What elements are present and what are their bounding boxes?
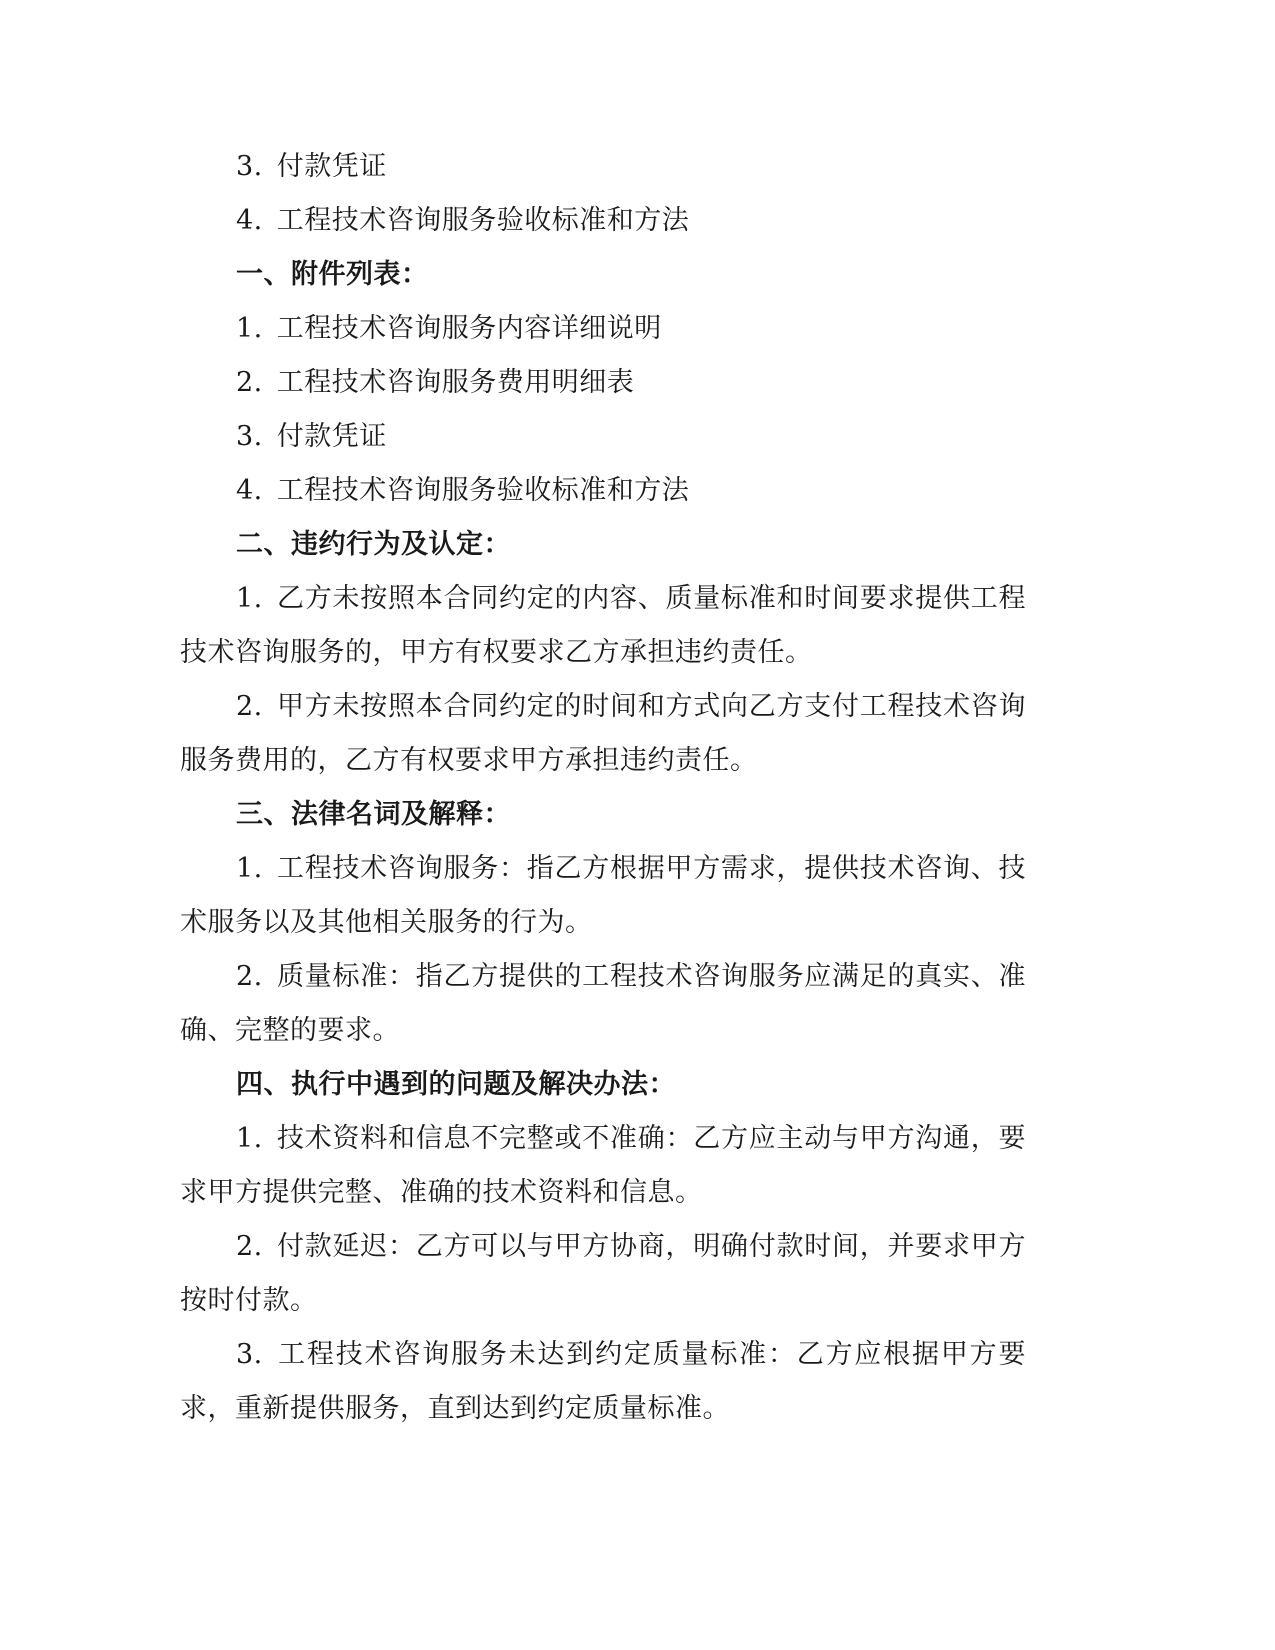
list-item: 1.工程技术咨询服务内容详细说明 (180, 302, 1026, 356)
paragraph: 1.工程技术咨询服务：指乙方根据甲方需求，提供技术咨询、技术服务以及其他相关服务… (180, 842, 1026, 950)
paragraph-number: 2. (236, 691, 263, 722)
list-text: 工程技术咨询服务内容详细说明 (277, 313, 662, 344)
list-number: 1. (236, 313, 263, 344)
list-text: 付款凭证 (277, 421, 387, 452)
section-heading: 一、附件列表： (180, 248, 1026, 302)
list-number: 4. (236, 205, 263, 236)
list-text: 工程技术咨询服务费用明细表 (277, 367, 635, 398)
section-heading: 三、法律名词及解释： (180, 788, 1026, 842)
list-text: 工程技术咨询服务验收标准和方法 (277, 475, 690, 506)
paragraph-text: 付款延迟：乙方可以与甲方协商，明确付款时间，并要求甲方按时付款。 (180, 1231, 1026, 1316)
paragraph-text: 工程技术咨询服务未达到约定质量标准：乙方应根据甲方要求，重新提供服务，直到达到约… (180, 1339, 1026, 1424)
paragraph-number: 2. (236, 1231, 263, 1262)
paragraph-number: 2. (236, 961, 263, 992)
list-number: 4. (236, 475, 263, 506)
list-number: 3. (236, 151, 263, 182)
list-item: 4.工程技术咨询服务验收标准和方法 (180, 194, 1026, 248)
paragraph-number: 3. (236, 1339, 263, 1370)
list-number: 2. (236, 367, 263, 398)
document-page: 3.付款凭证 4.工程技术咨询服务验收标准和方法 一、附件列表： 1.工程技术咨… (180, 140, 1026, 1436)
paragraph-text: 质量标准：指乙方提供的工程技术咨询服务应满足的真实、准确、完整的要求。 (180, 961, 1026, 1046)
paragraph: 2.甲方未按照本合同约定的时间和方式向乙方支付工程技术咨询服务费用的，乙方有权要… (180, 680, 1026, 788)
paragraph-number: 1. (236, 1123, 263, 1154)
paragraph-text: 工程技术咨询服务：指乙方根据甲方需求，提供技术咨询、技术服务以及其他相关服务的行… (180, 853, 1026, 938)
list-number: 3. (236, 421, 263, 452)
section-heading: 二、违约行为及认定： (180, 518, 1026, 572)
paragraph-text: 乙方未按照本合同约定的内容、质量标准和时间要求提供工程技术咨询服务的，甲方有权要… (180, 583, 1026, 668)
list-item: 4.工程技术咨询服务验收标准和方法 (180, 464, 1026, 518)
list-item: 3.付款凭证 (180, 410, 1026, 464)
paragraph-number: 1. (236, 583, 263, 614)
list-item: 3.付款凭证 (180, 140, 1026, 194)
paragraph: 3.工程技术咨询服务未达到约定质量标准：乙方应根据甲方要求，重新提供服务，直到达… (180, 1328, 1026, 1436)
paragraph-text: 甲方未按照本合同约定的时间和方式向乙方支付工程技术咨询服务费用的，乙方有权要求甲… (180, 691, 1026, 776)
paragraph-text: 技术资料和信息不完整或不准确：乙方应主动与甲方沟通，要求甲方提供完整、准确的技术… (180, 1123, 1026, 1208)
list-text: 工程技术咨询服务验收标准和方法 (277, 205, 690, 236)
paragraph-number: 1. (236, 853, 263, 884)
list-item: 2.工程技术咨询服务费用明细表 (180, 356, 1026, 410)
list-text: 付款凭证 (277, 151, 387, 182)
paragraph: 1.技术资料和信息不完整或不准确：乙方应主动与甲方沟通，要求甲方提供完整、准确的… (180, 1112, 1026, 1220)
paragraph: 2.质量标准：指乙方提供的工程技术咨询服务应满足的真实、准确、完整的要求。 (180, 950, 1026, 1058)
paragraph: 1.乙方未按照本合同约定的内容、质量标准和时间要求提供工程技术咨询服务的，甲方有… (180, 572, 1026, 680)
paragraph: 2.付款延迟：乙方可以与甲方协商，明确付款时间，并要求甲方按时付款。 (180, 1220, 1026, 1328)
section-heading: 四、执行中遇到的问题及解决办法： (180, 1058, 1026, 1112)
